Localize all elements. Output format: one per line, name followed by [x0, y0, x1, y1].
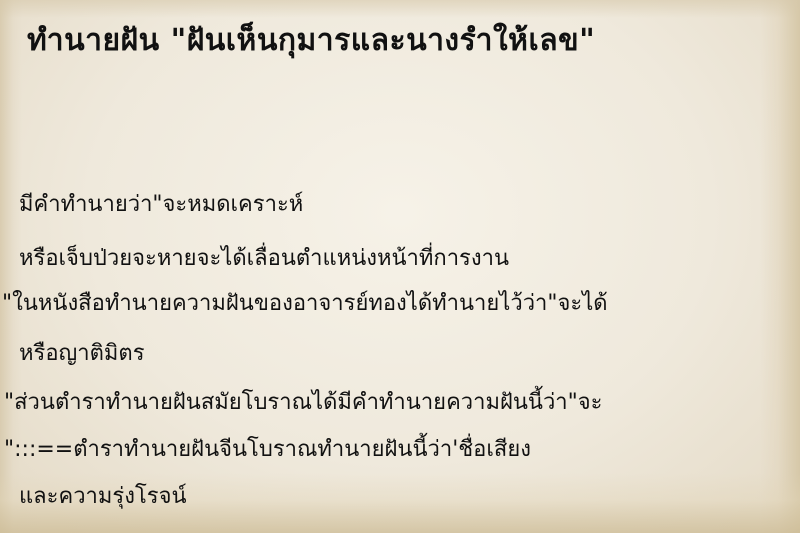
text-line-3: "ในหนังสือทำนายความฝันของอาจารย์ทองได้ทำ… [2, 287, 608, 321]
page-title: ทำนายฝัน "ฝันเห็นกุมารและนางรำให้เลข" [27, 18, 595, 64]
text-line-7: และความรุ่งโรจน์ [19, 480, 187, 514]
top-stain [0, 0, 800, 18]
text-line-2: หรือเจ็บป่วยจะหายจะได้เลื่อนตำแหน่งหน้าท… [19, 242, 509, 276]
text-line-5: "ส่วนตำราทำนายฝันสมัยโบราณได้มีคำทำนายคว… [4, 386, 603, 420]
text-line-4: หรือญาติมิตร [19, 337, 145, 371]
text-line-6: ":::==ตำราทำนายฝันจีนโบราณทำนายฝันนี้ว่า… [4, 433, 531, 467]
text-line-1: มีคำทำนายว่า"จะหมดเคราะห์ [19, 188, 303, 222]
